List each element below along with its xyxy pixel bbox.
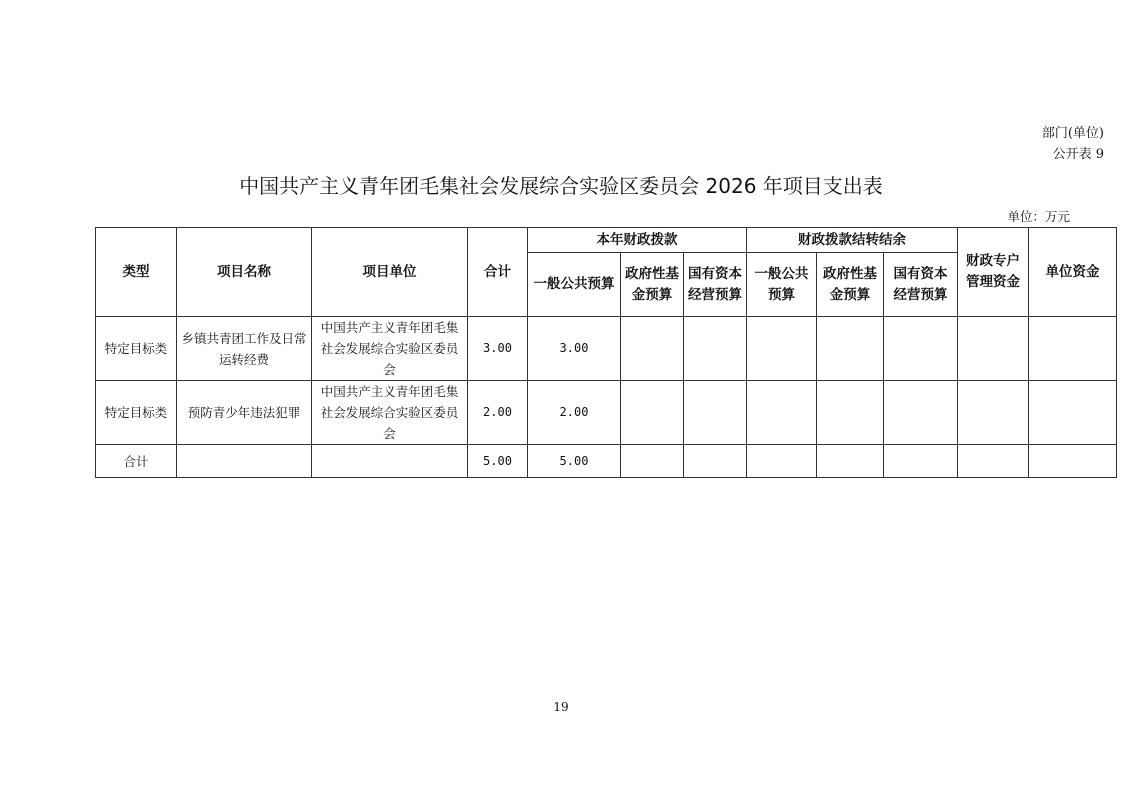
cell-unit-funds bbox=[1029, 381, 1117, 445]
col-co-fund: 政府性基金预算 bbox=[817, 253, 884, 317]
cell-co-general bbox=[747, 445, 817, 478]
cell-type: 特定目标类 bbox=[96, 381, 177, 445]
col-type: 类型 bbox=[96, 228, 177, 317]
summary-row: 合计 5.00 5.00 bbox=[96, 445, 1117, 478]
col-cy-fund: 政府性基金预算 bbox=[621, 253, 684, 317]
department-label: 部门(单位) bbox=[1042, 122, 1104, 141]
cell-project-unit: 中国共产主义青年团毛集社会发展综合实验区委员会 bbox=[312, 381, 468, 445]
cell-total: 3.00 bbox=[468, 317, 528, 381]
table-row: 特定目标类 预防青少年违法犯罪 中国共产主义青年团毛集社会发展综合实验区委员会 … bbox=[96, 381, 1117, 445]
cell-cy-general: 5.00 bbox=[528, 445, 621, 478]
cell-cy-general: 3.00 bbox=[528, 317, 621, 381]
cell-cy-state-capital bbox=[684, 445, 747, 478]
table-row: 特定目标类 乡镇共青团工作及日常运转经费 中国共产主义青年团毛集社会发展综合实验… bbox=[96, 317, 1117, 381]
cell-cy-state-capital bbox=[684, 317, 747, 381]
col-project-unit: 项目单位 bbox=[312, 228, 468, 317]
cell-co-state-capital bbox=[884, 317, 958, 381]
cell-summary-label: 合计 bbox=[96, 445, 177, 478]
col-project-name: 项目名称 bbox=[177, 228, 312, 317]
col-co-state-capital: 国有资本经营预算 bbox=[884, 253, 958, 317]
cell-co-fund bbox=[817, 317, 884, 381]
cell-co-fund bbox=[817, 381, 884, 445]
col-cy-general: 一般公共预算 bbox=[528, 253, 621, 317]
cell-co-state-capital bbox=[884, 445, 958, 478]
cell-special-account bbox=[958, 381, 1029, 445]
project-expenditure-table: 类型 项目名称 项目单位 合计 本年财政拨款 财政拨款结转结余 财政专户管理资金… bbox=[95, 227, 1117, 478]
cell-special-account bbox=[958, 317, 1029, 381]
col-special-account: 财政专户管理资金 bbox=[958, 228, 1029, 317]
col-unit-funds: 单位资金 bbox=[1029, 228, 1117, 317]
group-carryover: 财政拨款结转结余 bbox=[747, 228, 958, 253]
cell-cy-fund bbox=[621, 445, 684, 478]
group-current-year: 本年财政拨款 bbox=[528, 228, 747, 253]
col-co-general: 一般公共预算 bbox=[747, 253, 817, 317]
col-total: 合计 bbox=[468, 228, 528, 317]
cell-unit-funds bbox=[1029, 317, 1117, 381]
cell-cy-fund bbox=[621, 381, 684, 445]
cell-project-name: 乡镇共青团工作及日常运转经费 bbox=[177, 317, 312, 381]
page-number: 19 bbox=[0, 700, 1122, 714]
table-number: 公开表 9 bbox=[1053, 143, 1104, 162]
cell-special-account bbox=[958, 445, 1029, 478]
cell-project-name bbox=[177, 445, 312, 478]
cell-cy-state-capital bbox=[684, 381, 747, 445]
cell-total: 5.00 bbox=[468, 445, 528, 478]
cell-co-state-capital bbox=[884, 381, 958, 445]
cell-cy-general: 2.00 bbox=[528, 381, 621, 445]
unit-label: 单位：万元 bbox=[1007, 207, 1070, 225]
cell-co-general bbox=[747, 381, 817, 445]
col-cy-state-capital: 国有资本经营预算 bbox=[684, 253, 747, 317]
cell-unit-funds bbox=[1029, 445, 1117, 478]
cell-type: 特定目标类 bbox=[96, 317, 177, 381]
cell-project-unit: 中国共产主义青年团毛集社会发展综合实验区委员会 bbox=[312, 317, 468, 381]
cell-co-general bbox=[747, 317, 817, 381]
cell-project-name: 预防青少年违法犯罪 bbox=[177, 381, 312, 445]
cell-cy-fund bbox=[621, 317, 684, 381]
cell-project-unit bbox=[312, 445, 468, 478]
cell-co-fund bbox=[817, 445, 884, 478]
cell-total: 2.00 bbox=[468, 381, 528, 445]
page-title: 中国共产主义青年团毛集社会发展综合实验区委员会 2026 年项目支出表 bbox=[0, 170, 1122, 199]
